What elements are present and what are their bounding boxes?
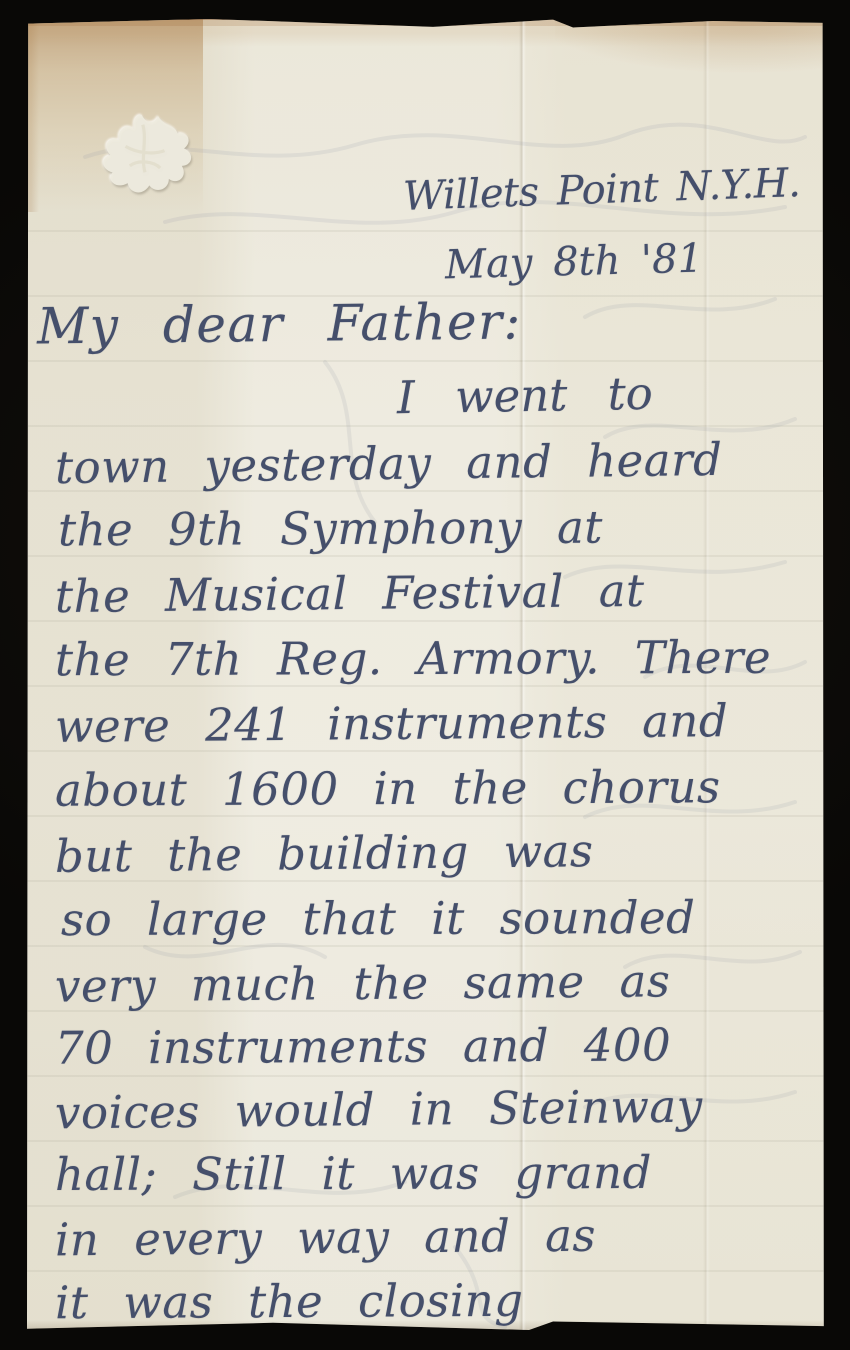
letter-line: so large that it sounded <box>61 891 696 946</box>
letter-line: voices would in Steinway <box>55 1080 703 1140</box>
letter-line: hall; Still it was grand <box>55 1146 652 1201</box>
letter-line: it was the closing <box>55 1274 524 1329</box>
letter-line: the 7th Reg. Armory. There <box>55 631 771 686</box>
letter-line: town yesterday and heard <box>55 433 723 494</box>
salutation: My dear Father: <box>37 292 522 355</box>
letter-line: the 9th Symphony at <box>58 501 603 557</box>
letter-line: in every way and as <box>55 1209 596 1267</box>
opening-line: I went to <box>397 367 654 424</box>
letter-line: very much the same as <box>55 954 671 1012</box>
letter-line: were 241 instruments and <box>55 694 729 753</box>
heading-date: May 8th '81 <box>444 236 703 289</box>
letter-paper: Willets Point N.Y.H. May 8th '81 My dear… <box>25 17 825 1332</box>
embossed-seal-icon <box>93 109 197 201</box>
letter-line: 70 instruments and 400 <box>55 1018 671 1074</box>
letter-line: about 1600 in the chorus <box>55 760 721 816</box>
letter-line: the Musical Festival at <box>55 564 645 623</box>
letter-line: but the building was <box>55 824 594 883</box>
photo-background: Willets Point N.Y.H. May 8th '81 My dear… <box>0 0 850 1350</box>
